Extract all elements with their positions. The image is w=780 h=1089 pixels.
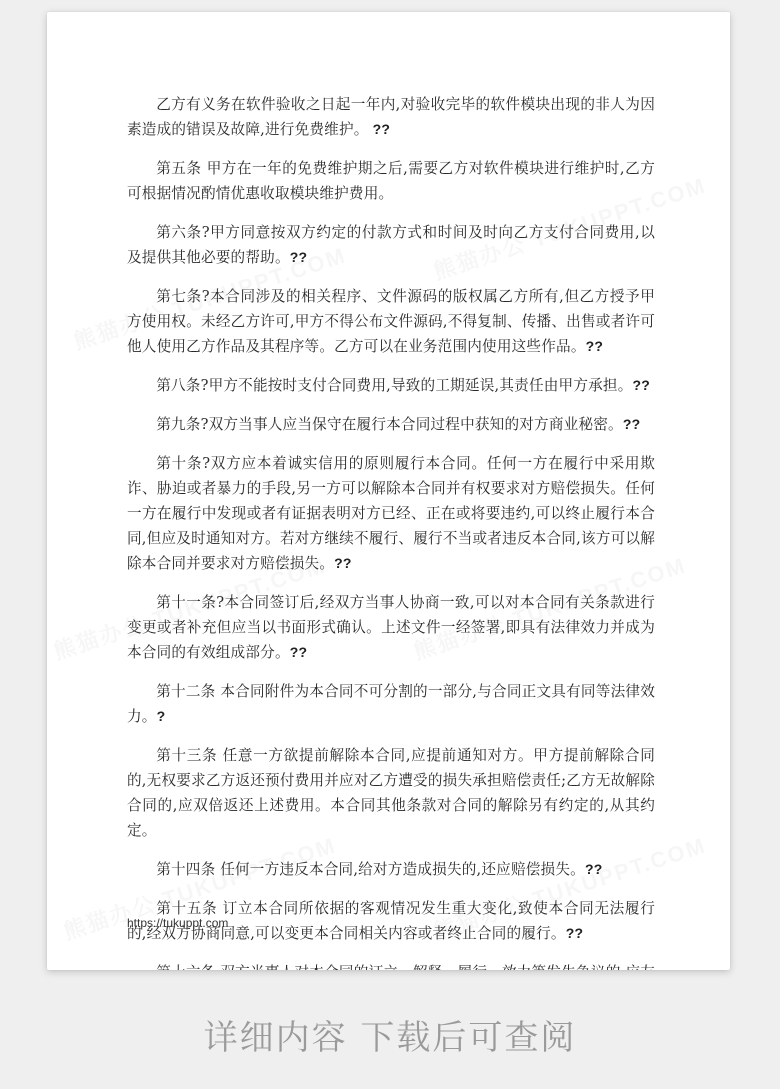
paragraph-article-16: 第十六条 双方当事人对本合同的订立、解释、履行、效力等发生争议的,应友好协商解决… xyxy=(127,960,655,970)
paragraph-article-10: 第十条?双方应本着诚实信用的原则履行本合同。任何一方在履行中采用欺诈、胁迫或者暴… xyxy=(127,451,655,576)
paragraph-article-11: 第十一条?本合同签订后,经双方当事人协商一致,可以对本合同有关条款进行变更或者补… xyxy=(127,590,655,665)
source-url-link[interactable]: https://tukuppt.com xyxy=(127,916,228,930)
paragraph-article-5: 第五条 甲方在一年的免费维护期之后,需要乙方对软件模块进行维护时,乙方可根据情况… xyxy=(127,156,655,206)
paragraph-article-14: 第十四条 任何一方违反本合同,给对方造成损失的,还应赔偿损失。?? xyxy=(127,857,655,882)
paragraph-article-9: 第九条?双方当事人应当保守在履行本合同过程中获知的对方商业秘密。?? xyxy=(127,412,655,437)
paragraph-article-12: 第十二条 本合同附件为本合同不可分割的一部分,与合同正文具有同等法律效力。? xyxy=(127,679,655,729)
paragraph-warranty: 乙方有义务在软件验收之日起一年内,对验收完毕的软件模块出现的非人为因素造成的错误… xyxy=(127,92,655,142)
paragraph-article-8: 第八条?甲方不能按时支付合同费用,导致的工期延误,其责任由甲方承担。?? xyxy=(127,373,655,398)
paragraph-article-7: 第七条?本合同涉及的相关程序、文件源码的版权属乙方所有,但乙方授予甲方使用权。未… xyxy=(127,284,655,359)
document-page: 熊猫办公 TUKUPPT.COM 熊猫办公 TUKUPPT.COM 熊猫办公 T… xyxy=(47,12,730,970)
paragraph-article-6: 第六条?甲方同意按双方约定的付款方式和时间及时向乙方支付合同费用,以及提供其他必… xyxy=(127,220,655,270)
download-prompt-banner: 详细内容 下载后可查阅 xyxy=(0,1010,780,1059)
document-body: 乙方有义务在软件验收之日起一年内,对验收完毕的软件模块出现的非人为因素造成的错误… xyxy=(127,92,655,970)
paragraph-article-13: 第十三条 任意一方欲提前解除本合同,应提前通知对方。甲方提前解除合同的,无权要求… xyxy=(127,743,655,843)
